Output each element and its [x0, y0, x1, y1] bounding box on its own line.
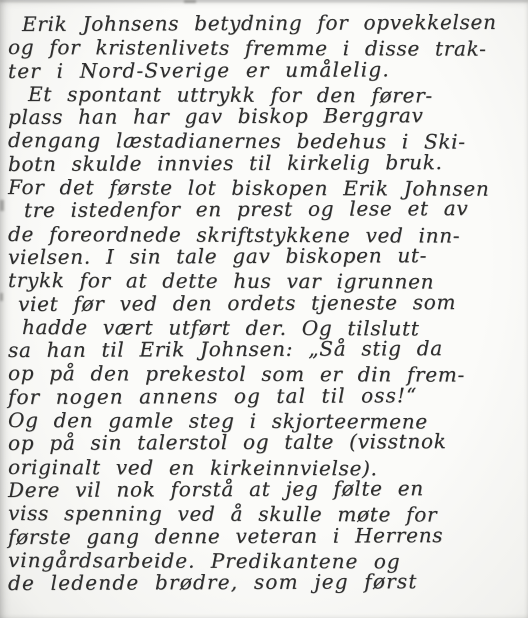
handwriting-line: Dere vil nok forstå at jeg følte en: [8, 477, 526, 503]
handwriting-line: sa han til Erik Johnsen: „Så stig da: [8, 337, 526, 363]
scan-speck: [184, 0, 196, 3]
scan-edge-artifact: [0, 0, 528, 2]
handwriting-line: vielsen. I sin tale gav biskopen ut-: [8, 244, 526, 270]
handwriting-line: tre istedenfor en prest og lese et av: [24, 197, 526, 222]
scan-speck: [0, 200, 4, 211]
handwriting-block: Erik Johnsens betydning for opvekkelsen …: [8, 13, 526, 595]
handwriting-line: ter i Nord-Sverige er umålelig.: [8, 57, 526, 83]
handwriting-line: botn skulde innvies til kirkelig bruk.: [8, 151, 526, 177]
handwriting-line: for nogen annens og tal til oss!“: [8, 383, 526, 409]
handwriting-line: Erik Johnsens betydning for opvekkelsen: [22, 11, 526, 36]
scan-speck: [0, 293, 3, 301]
scanned-manuscript-page: Erik Johnsens betydning for opvekkelsen …: [0, 0, 528, 618]
handwriting-line: første gang denne veteran i Herrens: [8, 523, 526, 549]
handwriting-line: plass han har gav biskop Berggrav: [8, 104, 526, 130]
handwriting-line: op på sin talerstol og talte (visstnok: [8, 430, 526, 456]
handwriting-line: de ledende brødre, som jeg først: [8, 570, 526, 596]
handwriting-line: viet før ved den ordets tjeneste som: [18, 290, 526, 316]
